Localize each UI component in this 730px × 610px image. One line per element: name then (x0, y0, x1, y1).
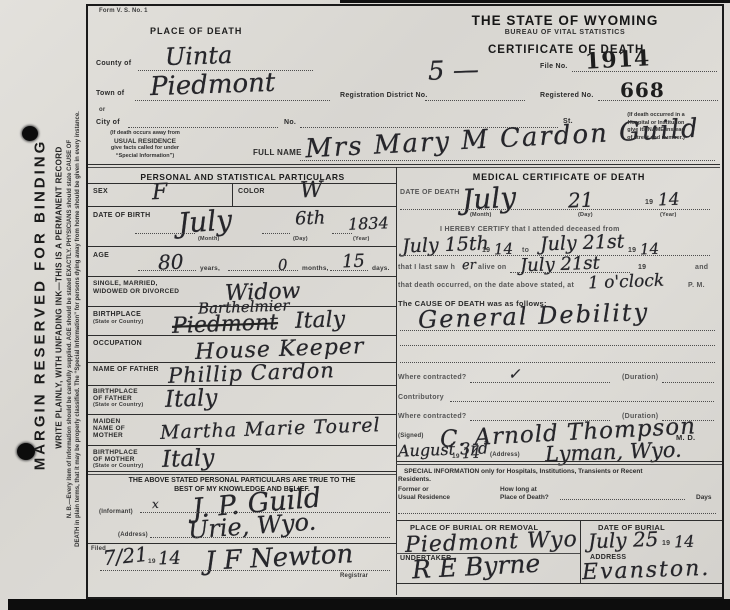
filed-date-value: 7/21 (102, 542, 149, 571)
medical-rule-signed (396, 461, 722, 462)
attended-from-19: 19 (482, 247, 490, 254)
age-months-value: 0 (278, 256, 288, 274)
hospital-note-line3: give its NAME instead (595, 127, 717, 135)
dob-month-cap: (Month) (198, 236, 220, 242)
dob-label: DATE OF BIRTH (93, 212, 150, 219)
bureau-subtitle: BUREAU OF VITAL STATISTICS (420, 29, 710, 36)
cause-line-1 (400, 330, 715, 331)
marital-label-line1: SINGLE, MARRIED, (93, 280, 158, 287)
dod-month-cap: (Month) (470, 212, 492, 218)
father-birthplace-label1: BIRTHPLACE (93, 388, 138, 395)
dod-line (400, 209, 710, 210)
how-long-label2: Place of Death? (500, 494, 549, 501)
full-name-label: FULL NAME (253, 148, 302, 157)
county-value: Uinta (165, 41, 233, 71)
margin-write-plainly-text: WRITE PLAINLY, WITH UNFADING INK—THIS IS… (55, 48, 64, 548)
burial-divider (580, 520, 581, 584)
age-months-line (228, 270, 298, 271)
signed-year-value: 14 (462, 446, 480, 463)
mother-name-label1: MAIDEN (93, 418, 120, 425)
age-days-line (330, 270, 368, 271)
scan-edge-bottom (8, 599, 730, 610)
state-title: THE STATE OF WYOMING (420, 13, 710, 28)
dob-day-cap: (Day) (293, 236, 308, 242)
district-label: Registration District No. (340, 92, 428, 99)
burial-date-value: July 25 (588, 527, 659, 553)
former-residence-label2: Usual Residence (398, 494, 450, 501)
birthplace-value: Italy (295, 307, 346, 334)
age-label: AGE (93, 252, 109, 259)
mother-birthplace-value: Italy (162, 445, 215, 473)
signed-address-value: Lyman, Wyo. (545, 438, 682, 467)
registered-no-label: Registered No. (540, 92, 594, 99)
medical-rule-signed-2 (396, 464, 722, 465)
informant-address-cap: (Address) (118, 532, 148, 538)
dod-day-cap: (Day) (578, 212, 593, 218)
dob-month-value: July (177, 203, 233, 240)
residence-note-line2: USUAL RESIDENCE (95, 138, 195, 146)
dod-year-value: 14 (658, 190, 680, 211)
attended-to-19: 19 (628, 247, 636, 254)
informant-mark: x (152, 497, 159, 511)
where-contracted-label-2: Where contracted? (398, 413, 467, 420)
death-occurred-text: that death occurred, on the date above s… (398, 282, 574, 289)
special-info-line2: Residents. (398, 476, 431, 483)
mother-birthplace-label2: OF MOTHER (93, 456, 135, 463)
father-birthplace-label2: OF FATHER (93, 395, 132, 402)
town-line (135, 100, 330, 101)
city-line (128, 127, 278, 128)
father-birthplace-value: Italy (165, 385, 218, 413)
burial-year-value: 14 (674, 532, 695, 552)
signed-cap: (Signed) (398, 433, 424, 439)
informant-address-line (150, 537, 390, 538)
and-label: and (695, 264, 708, 271)
district-value: 5 — (427, 55, 479, 87)
mother-name-label2: NAME OF (93, 425, 125, 432)
cause-line-3 (400, 362, 715, 363)
city-label: City of (96, 119, 120, 126)
color-value: W (300, 178, 323, 204)
margin-nb-line2: DEATH in plain terms, that it may be pro… (74, 49, 82, 609)
signed-address-cap: (Address) (490, 452, 520, 458)
signed-19: 19 (452, 453, 460, 460)
sex-label: SEX (93, 188, 108, 195)
marital-label-line2: WIDOWED OR DIVORCED (93, 288, 179, 295)
personal-section-title: PERSONAL AND STATISTICAL PARTICULARS (95, 172, 390, 182)
contributory-label: Contributory (398, 394, 444, 401)
father-birthplace-cap: (State or Country) (93, 402, 143, 408)
scan-edge-top (340, 0, 730, 3)
attended-from-value: July 15th (402, 232, 489, 257)
margin-reserved-text: MARGIN RESERVED FOR BINDING (32, 125, 49, 485)
burial-19: 19 (662, 540, 670, 547)
residence-note-line1: (If death occurs away from (95, 130, 195, 138)
hospital-note-line2: Hospital or Institution (595, 120, 717, 128)
sex-color-divider (232, 183, 233, 206)
personal-rule-11 (88, 471, 396, 472)
informant-cap: (Informant) (99, 509, 133, 515)
residence-note-line4: “Special Information”) (95, 153, 195, 161)
contributory-line (450, 401, 714, 402)
file-no-line (572, 71, 717, 72)
birthplace-cap: (State or Country) (93, 319, 143, 325)
mother-name-label3: MOTHER (93, 432, 123, 439)
father-name-label: NAME OF FATHER (93, 366, 159, 373)
last-saw-her: er (462, 258, 476, 273)
days-cap: Days (696, 494, 712, 501)
special-info-line (398, 513, 716, 514)
color-label: COLOR (238, 188, 265, 195)
sex-value: F (152, 180, 168, 206)
or-label: or (99, 107, 105, 113)
birthplace-label: BIRTHPLACE (93, 311, 141, 318)
margin-nb-line1: N. B.—Every item of information should b… (66, 49, 74, 609)
dob-year-cap: (Year) (353, 236, 370, 242)
death-time-value: 1 o'clock (588, 271, 665, 294)
attended-to-value: July 21st (540, 231, 625, 256)
hospital-note: (If death occurred in a Hospital or Inst… (595, 112, 717, 142)
dob-month-line (135, 233, 195, 234)
registrar-cap: Registrar (340, 573, 368, 579)
usual-residence-note: (If death occurs away from USUAL RESIDEN… (95, 130, 195, 160)
town-label: Town of (96, 90, 124, 97)
place-of-death-title: PLACE OF DEATH (150, 26, 242, 36)
county-label: County of (96, 60, 131, 67)
full-name-line (300, 160, 715, 161)
to-label: to (522, 247, 529, 254)
hospital-note-line4: of street and number.) (595, 135, 717, 143)
death-certificate-scan: MARGIN RESERVED FOR BINDING WRITE PLAINL… (0, 0, 730, 610)
age-years-line (138, 270, 196, 271)
town-value: Piedmont (150, 68, 276, 102)
medical-section-title: MEDICAL CERTIFICATE OF DEATH (400, 172, 718, 182)
last-saw-19: 19 (638, 264, 646, 271)
last-saw-text: that I last saw h (398, 264, 455, 271)
registered-no-line (598, 100, 718, 101)
how-long-line (560, 499, 685, 500)
margin-nb-note: N. B.—Every item of information should b… (66, 49, 82, 609)
personal-rule-10 (88, 445, 396, 446)
date-of-death-label: DATE OF DEATH (400, 189, 460, 196)
pm-label: P. M. (688, 282, 705, 289)
occupation-label: OCCUPATION (93, 340, 142, 347)
filed-year-value: 14 (158, 548, 182, 570)
filed-19: 19 (148, 558, 156, 565)
where-contracted-label-1: Where contracted? (398, 374, 467, 381)
where-contracted-line-1 (470, 382, 610, 383)
registered-no-value: 668 (620, 78, 665, 102)
duration-cap-1: (Duration) (622, 374, 658, 381)
street-no-label: No. (284, 119, 296, 126)
dob-year-line (332, 233, 352, 234)
personal-rule-3 (88, 246, 396, 247)
personal-rule-4 (88, 276, 396, 277)
file-no-label: File No. (540, 63, 568, 70)
undertaker-address-value: Evanston. (582, 556, 711, 585)
district-line (425, 100, 525, 101)
form-number: Form V. S. No. 1 (99, 8, 148, 14)
registrar-line (100, 570, 390, 571)
personal-rule-2 (88, 206, 396, 207)
duration-line-1 (662, 382, 714, 383)
attestation-line1: THE ABOVE STATED PERSONAL PARTICULARS AR… (92, 477, 392, 484)
burial-bottom-rule (396, 583, 722, 584)
cause-line-2 (400, 345, 715, 346)
dob-year-value: 1834 (348, 213, 389, 233)
how-long-label1: How long at (500, 486, 537, 493)
age-months-cap: months, (302, 265, 329, 272)
where-contracted-mark: ✓ (508, 365, 521, 383)
dod-19: 19 (645, 199, 653, 206)
personal-rule-1 (88, 183, 396, 184)
former-residence-label1: Former or (398, 486, 429, 493)
dob-day-line (262, 233, 290, 234)
dod-year-cap: (Year) (660, 212, 677, 218)
special-info-line1: SPECIAL INFORMATION only for Hospitals, … (404, 468, 642, 475)
age-years-cap: years, (200, 265, 220, 272)
residence-note-line3: give facts called for under (95, 145, 195, 153)
age-days-cap: days. (372, 265, 390, 272)
burial-top-rule (396, 520, 722, 521)
header-divider (88, 164, 720, 165)
personal-rule-8 (88, 385, 396, 386)
mother-birthplace-cap: (State or Country) (93, 463, 143, 469)
header-divider-2 (88, 167, 720, 168)
mother-birthplace-label1: BIRTHPLACE (93, 449, 138, 456)
column-divider (396, 167, 397, 595)
alive-on-label: alive on (478, 264, 506, 271)
hospital-note-line1: (If death occurred in a (595, 112, 717, 120)
personal-rule-11b (88, 474, 396, 475)
dob-day-value: 6th (295, 207, 326, 229)
